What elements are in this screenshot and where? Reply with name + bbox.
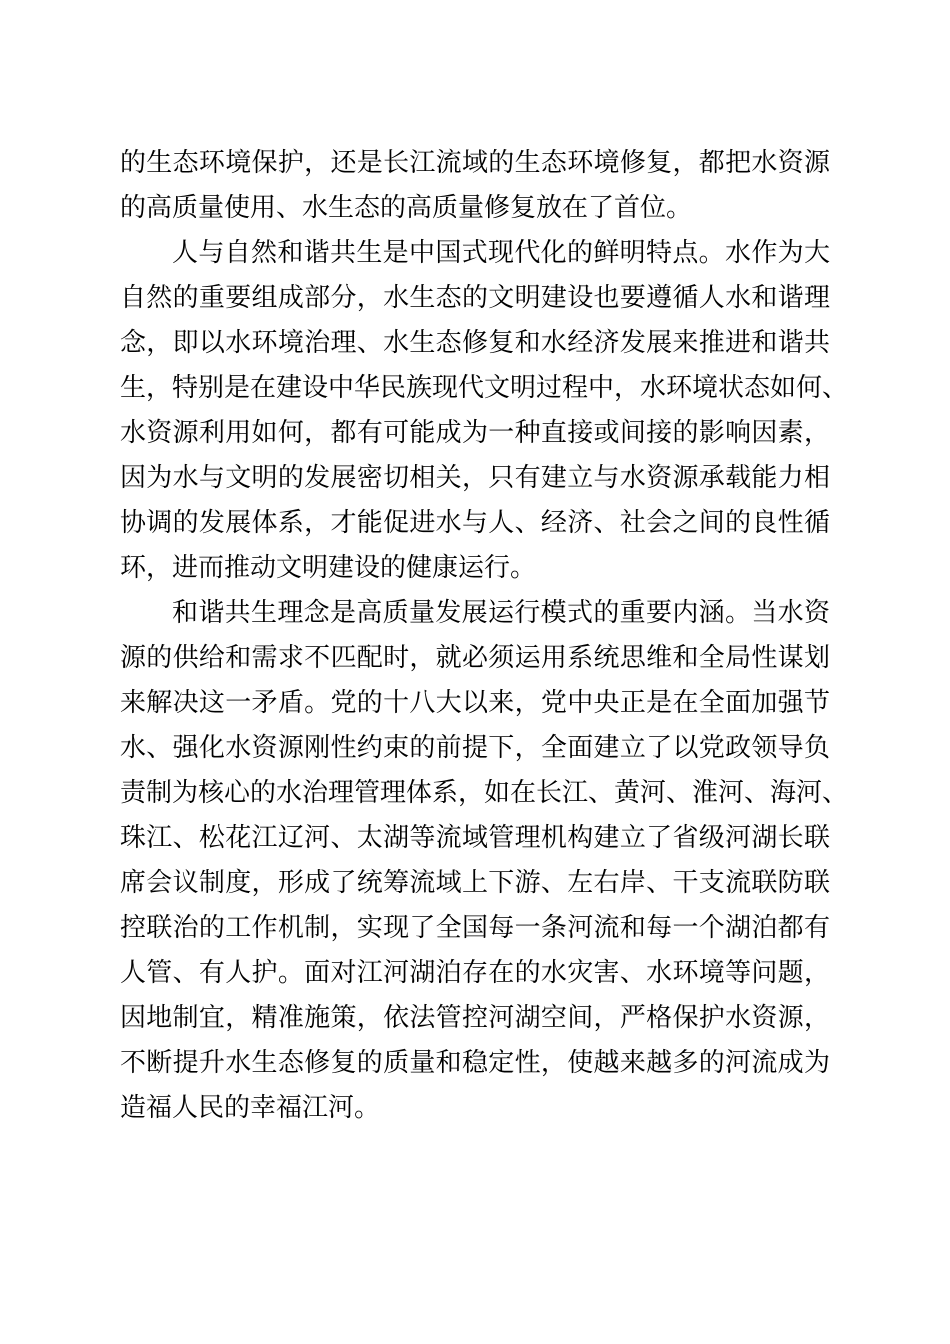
text-line: 生，特别是在建设中华民族现代文明过程中，水环境状态如何、 (120, 365, 830, 410)
text-line: 控联治的工作机制，实现了全国每一条河流和每一个湖泊都有 (120, 905, 830, 950)
text-line: 来解决这一矛盾。党的十八大以来，党中央正是在全面加强节 (120, 680, 830, 725)
text-line: 责制为核心的水治理管理体系，如在长江、黄河、淮河、海河、 (120, 770, 830, 815)
text-line: 水、强化水资源刚性约束的前提下，全面建立了以党政领导负 (120, 725, 830, 770)
text-line: 造福人民的幸福江河。 (120, 1085, 830, 1130)
text-line: 和谐共生理念是高质量发展运行模式的重要内涵。当水资 (120, 590, 830, 635)
text-line: 席会议制度，形成了统筹流域上下游、左右岸、干支流联防联 (120, 860, 830, 905)
text-line: 源的供给和需求不匹配时，就必须运用系统思维和全局性谋划 (120, 635, 830, 680)
text-line: 人管、有人护。面对江河湖泊存在的水灾害、水环境等问题， (120, 950, 830, 995)
text-line: 不断提升水生态修复的质量和稳定性，使越来越多的河流成为 (120, 1040, 830, 1085)
text-line: 协调的发展体系，才能促进水与人、经济、社会之间的良性循 (120, 500, 830, 545)
document-page: 的生态环境保护，还是长江流域的生态环境修复，都把水资源 的高质量使用、水生态的高… (0, 0, 950, 1344)
paragraph-1: 的生态环境保护，还是长江流域的生态环境修复，都把水资源 的高质量使用、水生态的高… (120, 140, 830, 230)
paragraph-3: 和谐共生理念是高质量发展运行模式的重要内涵。当水资 源的供给和需求不匹配时，就必… (120, 590, 830, 1130)
text-line: 人与自然和谐共生是中国式现代化的鲜明特点。水作为大 (120, 230, 830, 275)
text-line: 的生态环境保护，还是长江流域的生态环境修复，都把水资源 (120, 140, 830, 185)
text-line: 因地制宜，精准施策，依法管控河湖空间，严格保护水资源， (120, 995, 830, 1040)
text-line: 因为水与文明的发展密切相关，只有建立与水资源承载能力相 (120, 455, 830, 500)
text-line: 水资源利用如何，都有可能成为一种直接或间接的影响因素， (120, 410, 830, 455)
text-line: 珠江、松花江辽河、太湖等流域管理机构建立了省级河湖长联 (120, 815, 830, 860)
document-body: 的生态环境保护，还是长江流域的生态环境修复，都把水资源 的高质量使用、水生态的高… (120, 140, 830, 1130)
text-line: 环，进而推动文明建设的健康运行。 (120, 545, 830, 590)
text-line: 自然的重要组成部分，水生态的文明建设也要遵循人水和谐理 (120, 275, 830, 320)
text-line: 念，即以水环境治理、水生态修复和水经济发展来推进和谐共 (120, 320, 830, 365)
paragraph-2: 人与自然和谐共生是中国式现代化的鲜明特点。水作为大 自然的重要组成部分，水生态的… (120, 230, 830, 590)
text-line: 的高质量使用、水生态的高质量修复放在了首位。 (120, 185, 830, 230)
